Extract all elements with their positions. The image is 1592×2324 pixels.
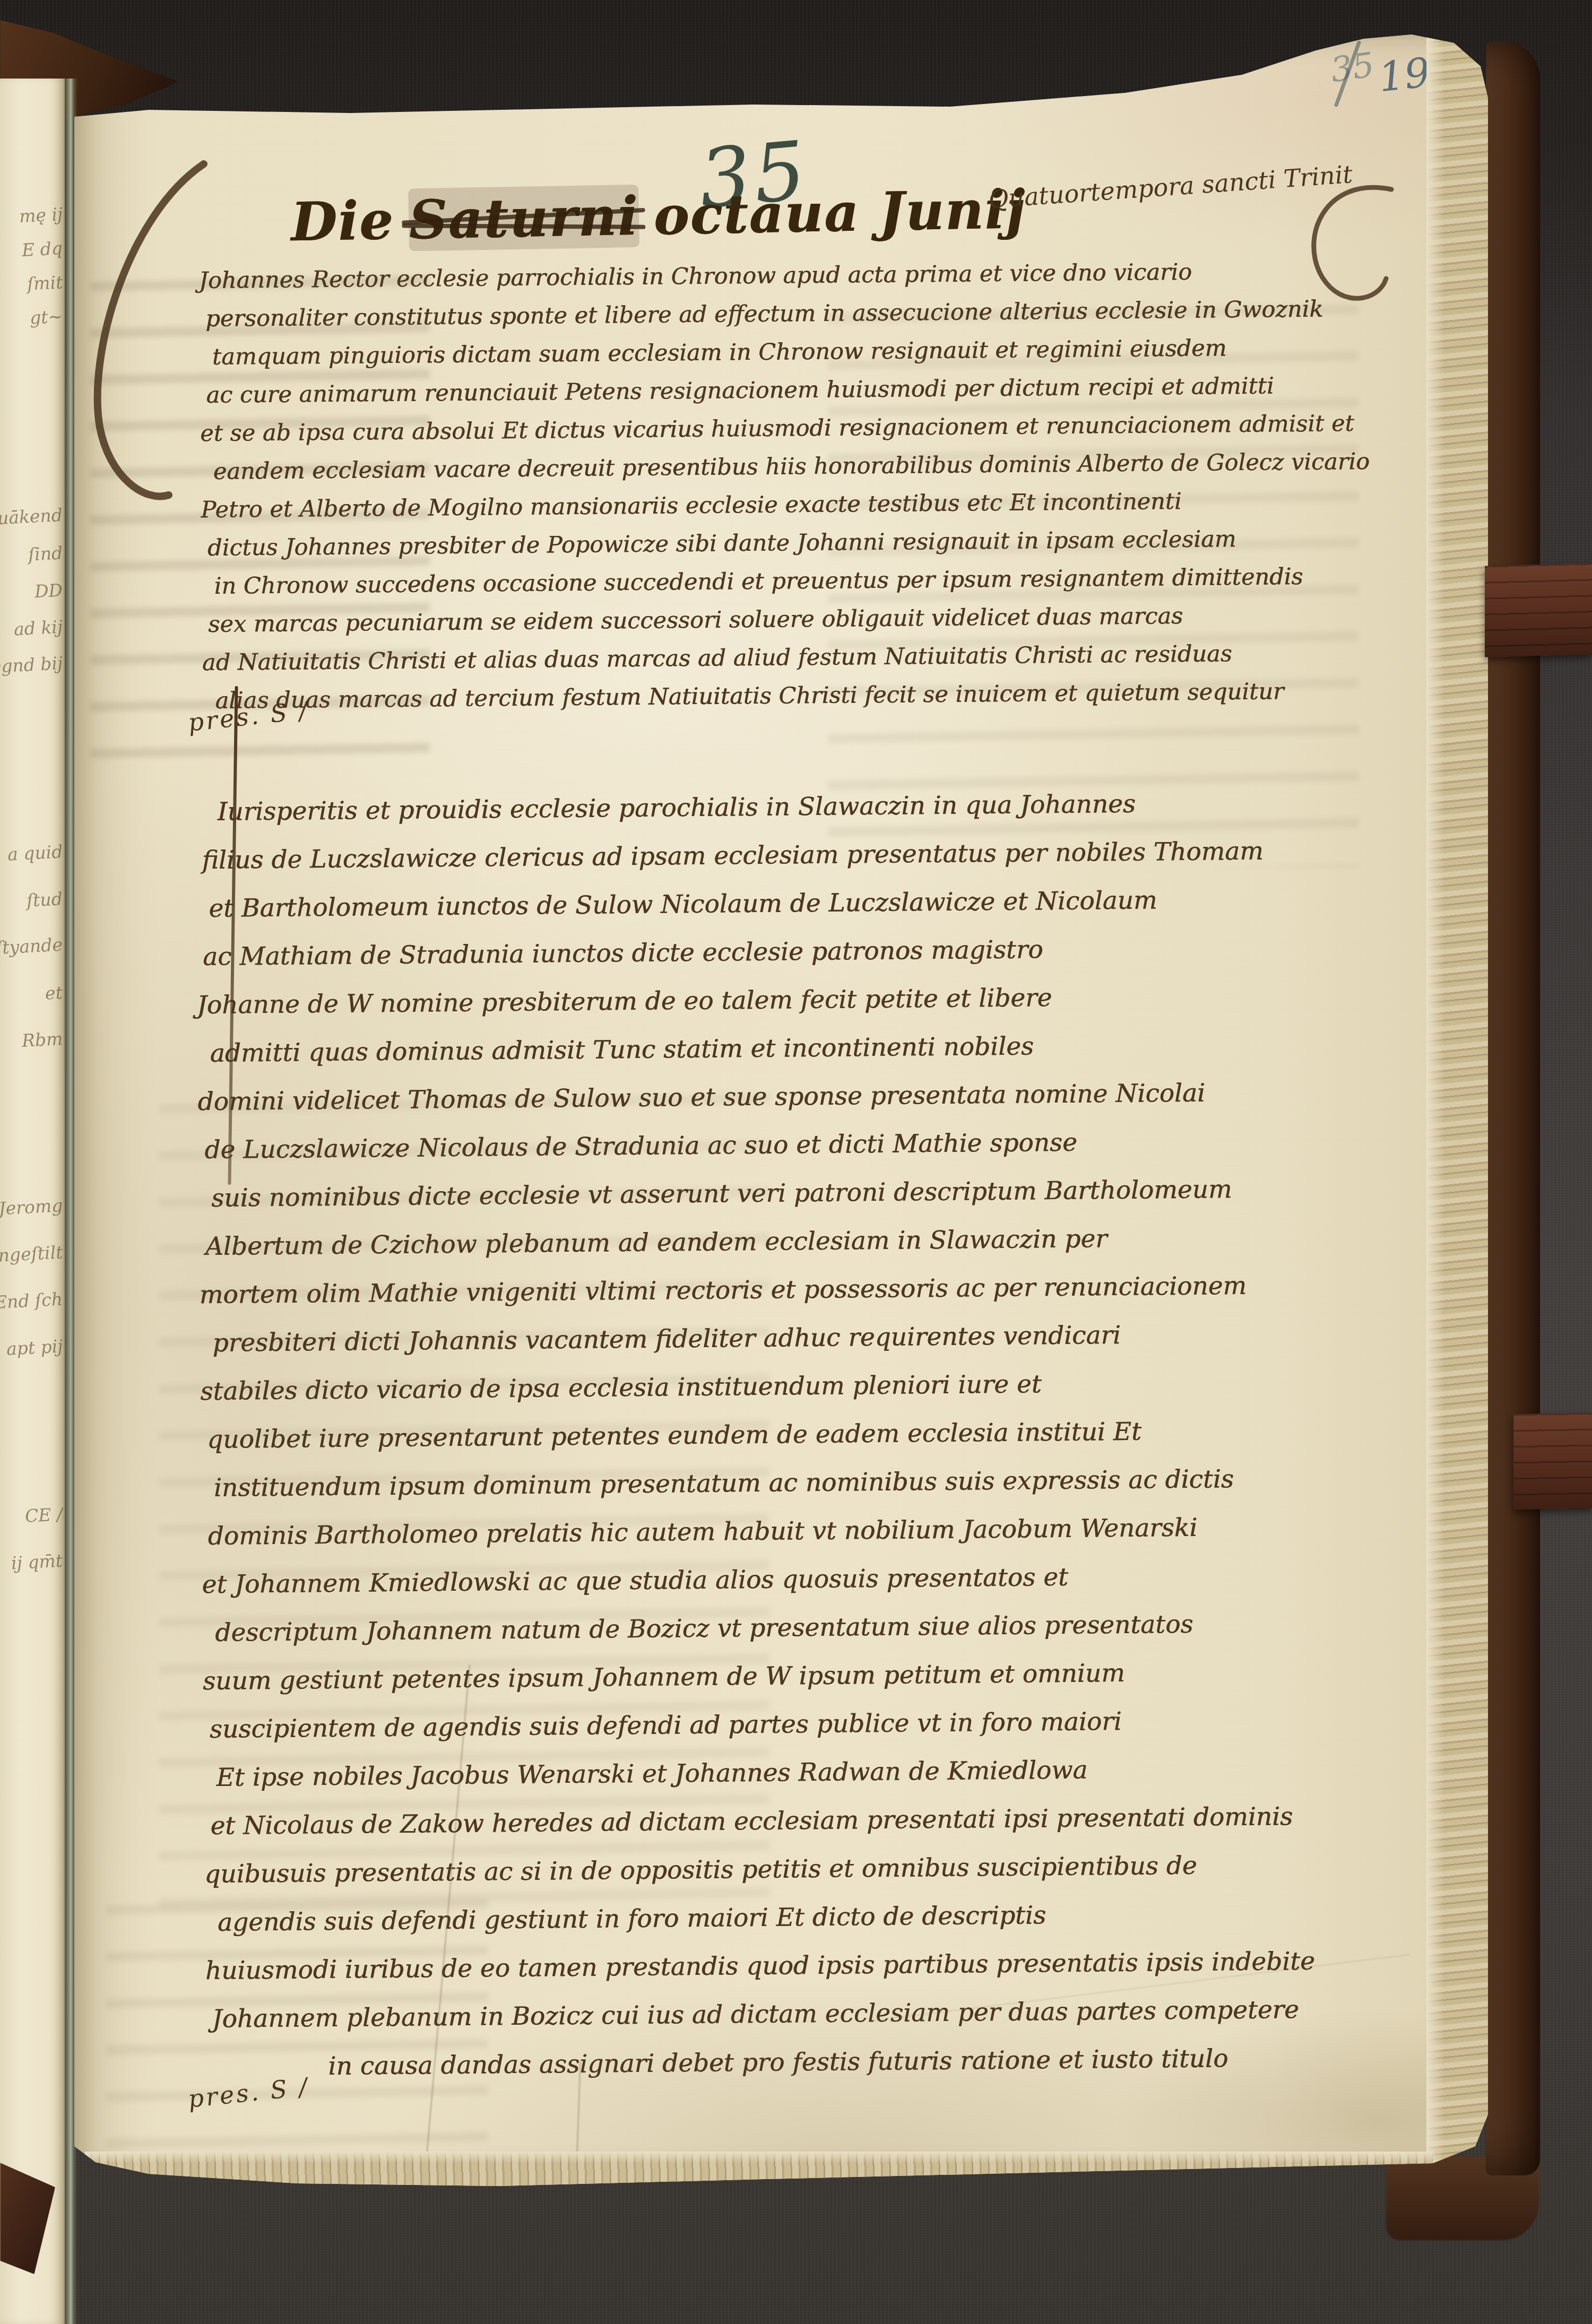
previous-leaf-edge: mę ijE dqſmitgt~uākendſindDDad kijregnd … xyxy=(0,79,65,2324)
manuscript-line: CE / xyxy=(24,1504,63,1527)
manuscript-line: ſind xyxy=(28,542,63,565)
manuscript-line: in causa dandas assignari debet pro fest… xyxy=(328,2033,1443,2091)
heading-struck-word: Saturni xyxy=(408,185,639,252)
manuscript-line: apt pij xyxy=(6,1336,63,1359)
manuscript-line: a quid xyxy=(7,841,63,864)
binding-cover-right xyxy=(1486,41,1540,2175)
manuscript-line: mę ij xyxy=(19,204,63,227)
manuscript-line: et xyxy=(45,982,63,1004)
manuscript-line: s Jeromg xyxy=(0,1195,63,1220)
manuscript-page: 35 35 19. DieSaturnioctaua Junij Quatuor… xyxy=(74,29,1488,2186)
binding-strap-upper xyxy=(1485,563,1592,657)
manuscript-line: ij qm̄t xyxy=(11,1550,63,1573)
manuscript-line: angeſtilt xyxy=(0,1242,63,1266)
manuscript-line: uākend xyxy=(0,505,63,528)
entry-2-text: Iurisperitis et prouidis ecclesie paroch… xyxy=(195,777,1442,2092)
manuscript-line: End ſch xyxy=(0,1289,63,1313)
entry-2-signature: pres. S / xyxy=(187,2072,311,2113)
manuscript-line: gt~ xyxy=(29,306,63,328)
page-edge-stack-right xyxy=(1426,29,1488,2186)
heading-word: Die xyxy=(290,189,394,253)
manuscript-line: ſtud xyxy=(26,888,63,910)
manuscript-line: ad kij xyxy=(13,617,63,640)
binding-strap-lower xyxy=(1513,1413,1592,1510)
folio-number-crossed: 35 xyxy=(1328,46,1377,91)
entry-1-text: Johannes Rector ecclesie parrochialis in… xyxy=(198,251,1439,720)
manuscript-line: ſmit xyxy=(27,272,63,294)
manuscript-line: jſtyande xyxy=(0,934,63,958)
entry-heading: DieSaturnioctaua Junij xyxy=(290,178,1041,254)
manuscript-line: E dq xyxy=(21,238,63,261)
manuscript-line: DD xyxy=(34,580,63,602)
manuscript-line: regnd bij xyxy=(0,653,63,678)
manuscript-scan: mę ijE dqſmitgt~uākendſindDDad kijregnd … xyxy=(0,0,1592,2324)
manuscript-line: Rbm xyxy=(21,1028,63,1051)
heading-word: octaua Junij xyxy=(653,178,1027,247)
